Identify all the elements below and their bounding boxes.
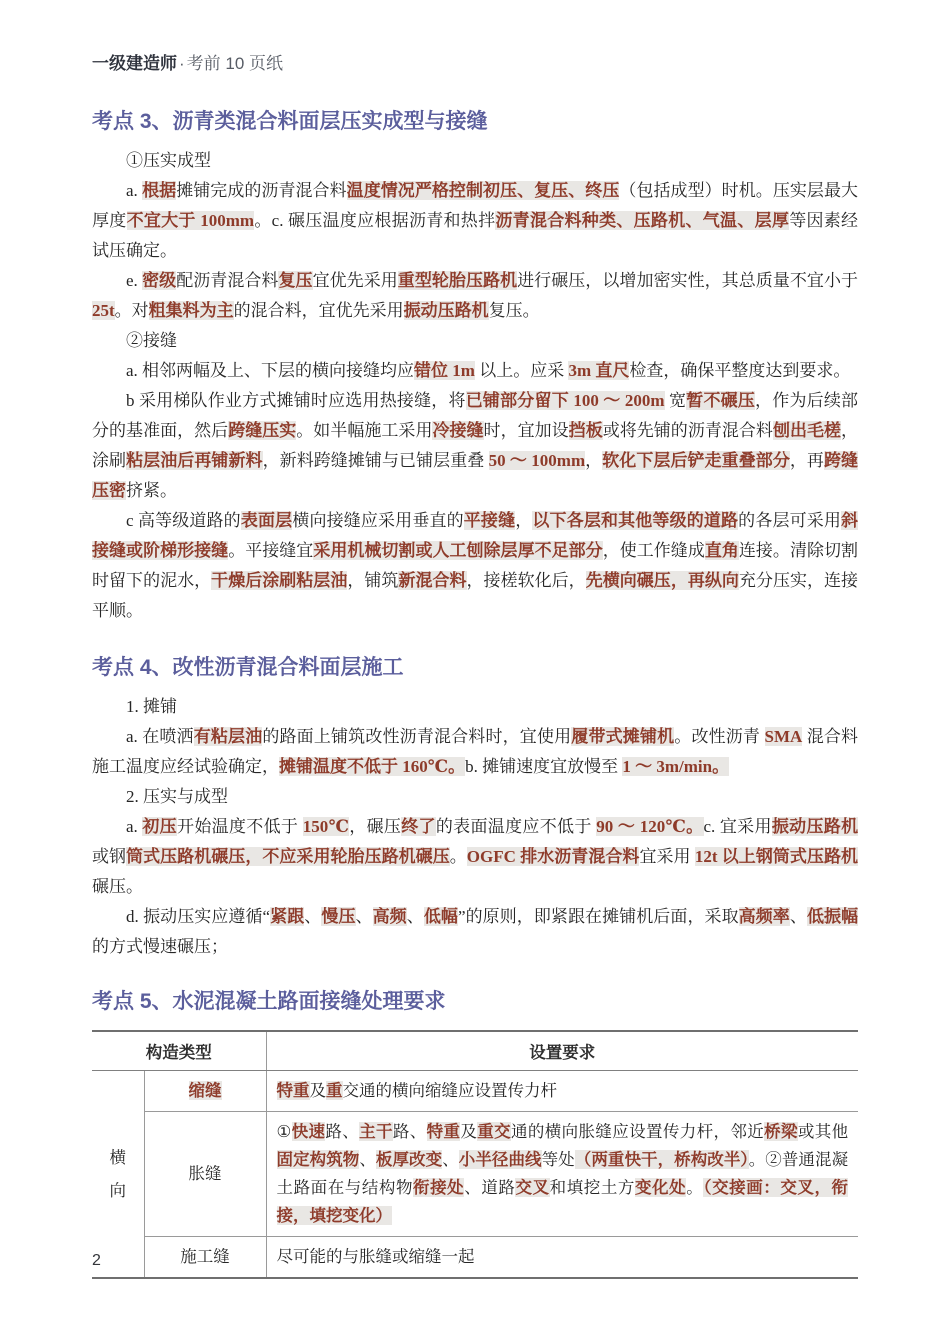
text-run: 的表面温度应不低于 xyxy=(436,817,596,836)
text-run: 摊铺完成的沥青混合料 xyxy=(176,181,346,200)
section-body-kd4: 1. 摊铺a. 在喷洒有粘层油的路面上铺筑改性沥青混合料时，宜使用履带式摊铺机。… xyxy=(92,692,858,962)
highlighted-text: 根据 xyxy=(142,181,176,200)
joint-type-cell: 施工缝 xyxy=(144,1237,266,1279)
column-header-structure-type: 构造类型 xyxy=(92,1031,266,1071)
text-run: 1. 摊铺 xyxy=(126,697,177,716)
highlighted-text: 摊铺温度不低于 160℃。 xyxy=(279,757,465,776)
paragraph: c 高等级道路的表面层横向接缝应采用垂直的平接缝，以下各层和其他等级的道路的各层… xyxy=(92,506,858,626)
table-header-row: 构造类型 设置要求 xyxy=(92,1031,858,1071)
highlighted-text: 履带式摊铺机 xyxy=(571,727,674,746)
highlighted-text: 沥青混合料种类、压路机、气温、层厚 xyxy=(495,211,789,230)
highlighted-text: 以下各层和其他等级的道路 xyxy=(532,511,738,530)
text-run: 。 xyxy=(450,847,467,866)
highlighted-text: 终了 xyxy=(401,817,436,836)
highlighted-text: 交叉 xyxy=(515,1178,549,1197)
highlighted-text: 新混合料 xyxy=(398,571,466,590)
text-run: ， xyxy=(515,511,532,530)
paragraph: d. 振动压实应遵循“紧跟、慢压、高频、低幅”的原则，即紧跟在摊铺机后面，采取高… xyxy=(92,902,858,962)
paragraph: a. 在喷洒有粘层油的路面上铺筑改性沥青混合料时，宜使用履带式摊铺机。改性沥青 … xyxy=(92,722,858,782)
text-run: 、 xyxy=(442,1150,459,1169)
highlighted-text: 重交 xyxy=(477,1122,511,1141)
highlighted-text: 90 ～ 120℃。 xyxy=(596,817,703,836)
highlighted-text: 振动压路机 xyxy=(772,817,858,836)
highlighted-text: 板厚改变 xyxy=(376,1150,442,1169)
highlighted-text: 固定构筑物 xyxy=(277,1150,360,1169)
highlighted-text: 25t xyxy=(92,301,115,320)
brand-title: 一级建造师 xyxy=(92,54,177,73)
highlighted-text: （两重快干，桥构改半） xyxy=(575,1150,749,1169)
highlighted-text: 3m 直尺 xyxy=(568,361,629,380)
highlighted-text: 50 ～ 100mm xyxy=(489,451,586,470)
paragraph: a. 相邻两幅及上、下层的横向接缝均应错位 1m 以上。应采 3m 直尺检查，确… xyxy=(92,356,858,386)
text-run: 横向接缝应采用垂直的 xyxy=(292,511,463,530)
text-run: c 高等级道路的 xyxy=(126,511,241,530)
text-run: 、 xyxy=(359,1150,376,1169)
text-run: d. 振动压实应遵循“ xyxy=(126,907,270,926)
text-run: 宜采用 xyxy=(639,847,694,866)
highlighted-text: SMA xyxy=(765,727,803,746)
text-run: ①压实成型 xyxy=(126,151,211,170)
text-run: 的混合料，宜优先采用 xyxy=(234,301,404,320)
section-kaodian-5: 考点 5、水泥混凝土路面接缝处理要求 构造类型 设置要求 横向 缩缝 特重及重交… xyxy=(92,988,858,1279)
text-run: 检查，确保平整度达到要求。 xyxy=(629,361,850,380)
highlighted-text: 密级 xyxy=(142,271,176,290)
highlighted-text: 采用机械切割或人工刨除层厚不足部分 xyxy=(313,541,602,560)
paragraph: 2. 压实与成型 xyxy=(92,782,858,812)
joint-requirement-cell: 尽可能的与胀缝或缩缝一起 xyxy=(266,1237,858,1279)
header-subtitle: 考前 10 页纸 xyxy=(187,54,283,73)
text-run: b. 摊铺速度宜放慢至 xyxy=(465,757,622,776)
highlighted-text: 粗集料为主 xyxy=(149,301,234,320)
highlighted-text: 干燥后涂刷粘层油 xyxy=(211,571,347,590)
text-run: e. xyxy=(126,271,142,290)
text-run: 进行碾压，以增加密实性，其总质量不宜小于 xyxy=(517,271,858,290)
highlighted-text: 衔接处 xyxy=(413,1178,464,1197)
paragraph: a. 初压开始温度不低于 150℃，碾压终了的表面温度应不低于 90 ～ 120… xyxy=(92,812,858,902)
highlighted-text: 挡板 xyxy=(569,421,603,440)
text-run: 、 xyxy=(407,907,424,926)
highlighted-text: 重型轮胎压路机 xyxy=(398,271,517,290)
section-title-kd4: 考点 4、改性沥青混合料面层施工 xyxy=(92,654,858,682)
text-run: 及 xyxy=(310,1081,327,1100)
text-run: 和填挖土方 xyxy=(550,1178,635,1197)
text-run: 时，宜加设 xyxy=(484,421,569,440)
text-run: c. 宜采用 xyxy=(704,817,772,836)
text-run: 通的横向胀缝应设置传力杆，邻近 xyxy=(511,1122,764,1141)
text-run: 复压。 xyxy=(489,301,540,320)
highlighted-text: 筒式压路机碾压，不应采用轮胎压路机碾压 xyxy=(126,847,450,866)
paragraph: ①压实成型 xyxy=(92,146,858,176)
highlighted-text: 重 xyxy=(326,1081,343,1100)
joint-requirement-cell: ①快速路、主干路、特重及重交通的横向胀缝应设置传力杆，邻近桥梁或其他固定构筑物、… xyxy=(266,1112,858,1237)
highlighted-text: 慢压 xyxy=(321,907,355,926)
text-run: 的各层可采用 xyxy=(738,511,841,530)
highlighted-text: 刨出毛槎 xyxy=(773,421,841,440)
table-row-zhangfeng: 胀缝 ①快速路、主干路、特重及重交通的横向胀缝应设置传力杆，邻近桥梁或其他固定构… xyxy=(92,1112,858,1237)
section-title-kd3: 考点 3、沥青类混合料面层压实成型与接缝 xyxy=(92,108,858,136)
highlighted-text: 平接缝 xyxy=(464,511,515,530)
row-group-label-hengxiang: 横向 xyxy=(92,1071,144,1279)
highlighted-text: 振动压路机 xyxy=(404,301,489,320)
text-run: a. 在喷洒 xyxy=(126,727,194,746)
text-run: ， xyxy=(585,451,602,470)
highlighted-text: 直角 xyxy=(705,541,739,560)
section-kaodian-3: 考点 3、沥青类混合料面层压实成型与接缝 ①压实成型a. 根据摊铺完成的沥青混合… xyxy=(92,108,858,626)
highlighted-text: 150℃ xyxy=(303,817,350,836)
highlighted-text: 初压 xyxy=(142,817,177,836)
text-run: 宜优先采用 xyxy=(313,271,398,290)
text-run: 。平接缝宜 xyxy=(228,541,313,560)
text-run: 的路面上铺筑改性沥青混合料时，宜使用 xyxy=(262,727,571,746)
text-run: 2. 压实与成型 xyxy=(126,787,228,806)
highlighted-text: 低振幅 xyxy=(807,907,858,926)
text-run: 。改性沥青 xyxy=(674,727,764,746)
text-run: 的方式慢速碾压； xyxy=(92,937,228,956)
text-run: ，使工作缝成 xyxy=(603,541,705,560)
text-run: 、道路 xyxy=(464,1178,515,1197)
text-run: ① xyxy=(277,1122,292,1141)
highlighted-text: 桥梁 xyxy=(764,1122,798,1141)
text-run: 施工缝 xyxy=(180,1247,230,1266)
highlighted-text: 主干 xyxy=(359,1122,393,1141)
text-run: ，再 xyxy=(790,451,824,470)
text-run: a. 相邻两幅及上、下层的横向接缝均应 xyxy=(126,361,414,380)
separator-dot: · xyxy=(177,54,187,73)
text-run: 、 xyxy=(356,907,373,926)
text-run: 挤紧。 xyxy=(126,481,177,500)
paragraph: a. 根据摊铺完成的沥青混合料温度情况严格控制初压、复压、终压（包括成型）时机。… xyxy=(92,176,858,266)
text-run: ，铺筑 xyxy=(347,571,398,590)
text-run: b 采用梯队作业方式摊铺时应选用热接缝，将 xyxy=(126,391,466,410)
highlighted-text: 已铺部分留下 100 ～ 200m xyxy=(466,391,665,410)
section-title-kd5: 考点 5、水泥混凝土路面接缝处理要求 xyxy=(92,988,858,1016)
highlighted-text: 跨缝压实 xyxy=(228,421,296,440)
paragraph: 1. 摊铺 xyxy=(92,692,858,722)
highlighted-text: 错位 1m xyxy=(414,361,475,380)
text-run: a. xyxy=(126,817,142,836)
text-run: ，接槎软化后， xyxy=(467,571,586,590)
highlighted-text: 先横向碾压，再纵向 xyxy=(586,571,739,590)
highlighted-text: 复压 xyxy=(278,271,312,290)
text-run: 尽可能的与胀缝或缩缝一起 xyxy=(277,1247,475,1266)
highlighted-text: 变化处 xyxy=(635,1178,686,1197)
highlighted-text: 低幅 xyxy=(424,907,458,926)
text-run: 。 xyxy=(686,1178,703,1197)
paragraph: b 采用梯队作业方式摊铺时应选用热接缝，将已铺部分留下 100 ～ 200m 宽… xyxy=(92,386,858,506)
text-run: 路、 xyxy=(325,1122,359,1141)
text-run: 、 xyxy=(304,907,321,926)
highlighted-text: 紧跟 xyxy=(270,907,304,926)
document-page: 一级建造师·考前 10 页纸 考点 3、沥青类混合料面层压实成型与接缝 ①压实成… xyxy=(0,0,950,1333)
text-run: 。如半幅施工采用 xyxy=(296,421,432,440)
highlighted-text: 有粘层油 xyxy=(194,727,263,746)
section-kaodian-4: 考点 4、改性沥青混合料面层施工 1. 摊铺a. 在喷洒有粘层油的路面上铺筑改性… xyxy=(92,654,858,962)
highlighted-text: 暂不碾压 xyxy=(686,391,755,410)
joint-requirements-table: 构造类型 设置要求 横向 缩缝 特重及重交通的横向缩缝应设置传力杆 胀缝 ①快速… xyxy=(92,1030,858,1279)
highlighted-text: 粘层油后再铺新料 xyxy=(126,451,262,470)
text-run: 宽 xyxy=(665,391,687,410)
text-run: 胀缝 xyxy=(189,1164,222,1183)
text-run: 等处 xyxy=(542,1150,575,1169)
section-body-kd3: ①压实成型a. 根据摊铺完成的沥青混合料温度情况严格控制初压、复压、终压（包括成… xyxy=(92,146,858,626)
paragraph: e. 密级配沥青混合料复压宜优先采用重型轮胎压路机进行碾压，以增加密实性，其总质… xyxy=(92,266,858,326)
highlighted-text: 温度情况严格控制初压、复压、终压 xyxy=(347,181,620,200)
text-run: 、 xyxy=(790,907,807,926)
highlighted-text: 软化下层后铲走重叠部分 xyxy=(602,451,790,470)
joint-type-cell: 缩缝 xyxy=(144,1071,266,1112)
joint-type-cell: 胀缝 xyxy=(144,1112,266,1237)
text-run: 以上。应采 xyxy=(475,361,569,380)
text-run: a. xyxy=(126,181,142,200)
text-run: 路、 xyxy=(393,1122,427,1141)
page-number: 2 xyxy=(92,1252,101,1270)
text-run: 。c. 碾压温度应根据沥青和热拌 xyxy=(254,211,495,230)
highlighted-text: 表面层 xyxy=(241,511,292,530)
table-row-suofeng: 横向 缩缝 特重及重交通的横向缩缝应设置传力杆 xyxy=(92,1071,858,1112)
highlighted-text: 高频率 xyxy=(739,907,790,926)
highlighted-text: 1 ～ 3m/min。 xyxy=(622,757,729,776)
highlighted-text: 不宜大于 100mm xyxy=(127,211,255,230)
highlighted-text: 缩缝 xyxy=(189,1081,222,1100)
joint-requirement-cell: 特重及重交通的横向缩缝应设置传力杆 xyxy=(266,1071,858,1112)
highlighted-text: 特重 xyxy=(427,1122,461,1141)
text-run: ”的原则，即紧跟在摊铺机后面，采取 xyxy=(458,907,739,926)
text-run: 或将先铺的沥青混合料 xyxy=(603,421,773,440)
table-row-shigongfeng: 施工缝 尽可能的与胀缝或缩缝一起 xyxy=(92,1237,858,1279)
text-run: 或钢 xyxy=(92,847,126,866)
text-run: 及 xyxy=(460,1122,477,1141)
highlighted-text: 冷接缝 xyxy=(432,421,483,440)
text-run: 配沥青混合料 xyxy=(176,271,278,290)
highlighted-text: 高频 xyxy=(373,907,407,926)
text-run: ②接缝 xyxy=(126,331,177,350)
highlighted-text: 特重 xyxy=(277,1081,310,1100)
text-run: ，碾压 xyxy=(349,817,401,836)
highlighted-text: 快速 xyxy=(292,1122,326,1141)
text-run: 交通的横向缩缝应设置传力杆 xyxy=(343,1081,558,1100)
text-run: ，新料跨缝摊铺与已铺层重叠 xyxy=(263,451,489,470)
highlighted-text: OGFC 排水沥青混合料 xyxy=(467,847,640,866)
text-run: 或其他 xyxy=(798,1122,848,1141)
text-run: 。对 xyxy=(115,301,149,320)
paragraph: ②接缝 xyxy=(92,326,858,356)
column-header-requirements: 设置要求 xyxy=(266,1031,858,1071)
highlighted-text: 小半径曲线 xyxy=(459,1150,542,1169)
highlighted-text: 12t 以上钢筒式压路机 xyxy=(695,847,858,866)
text-run: 开始温度不低于 xyxy=(177,817,303,836)
running-header: 一级建造师·考前 10 页纸 xyxy=(92,52,858,76)
text-run: 碾压。 xyxy=(92,877,143,896)
